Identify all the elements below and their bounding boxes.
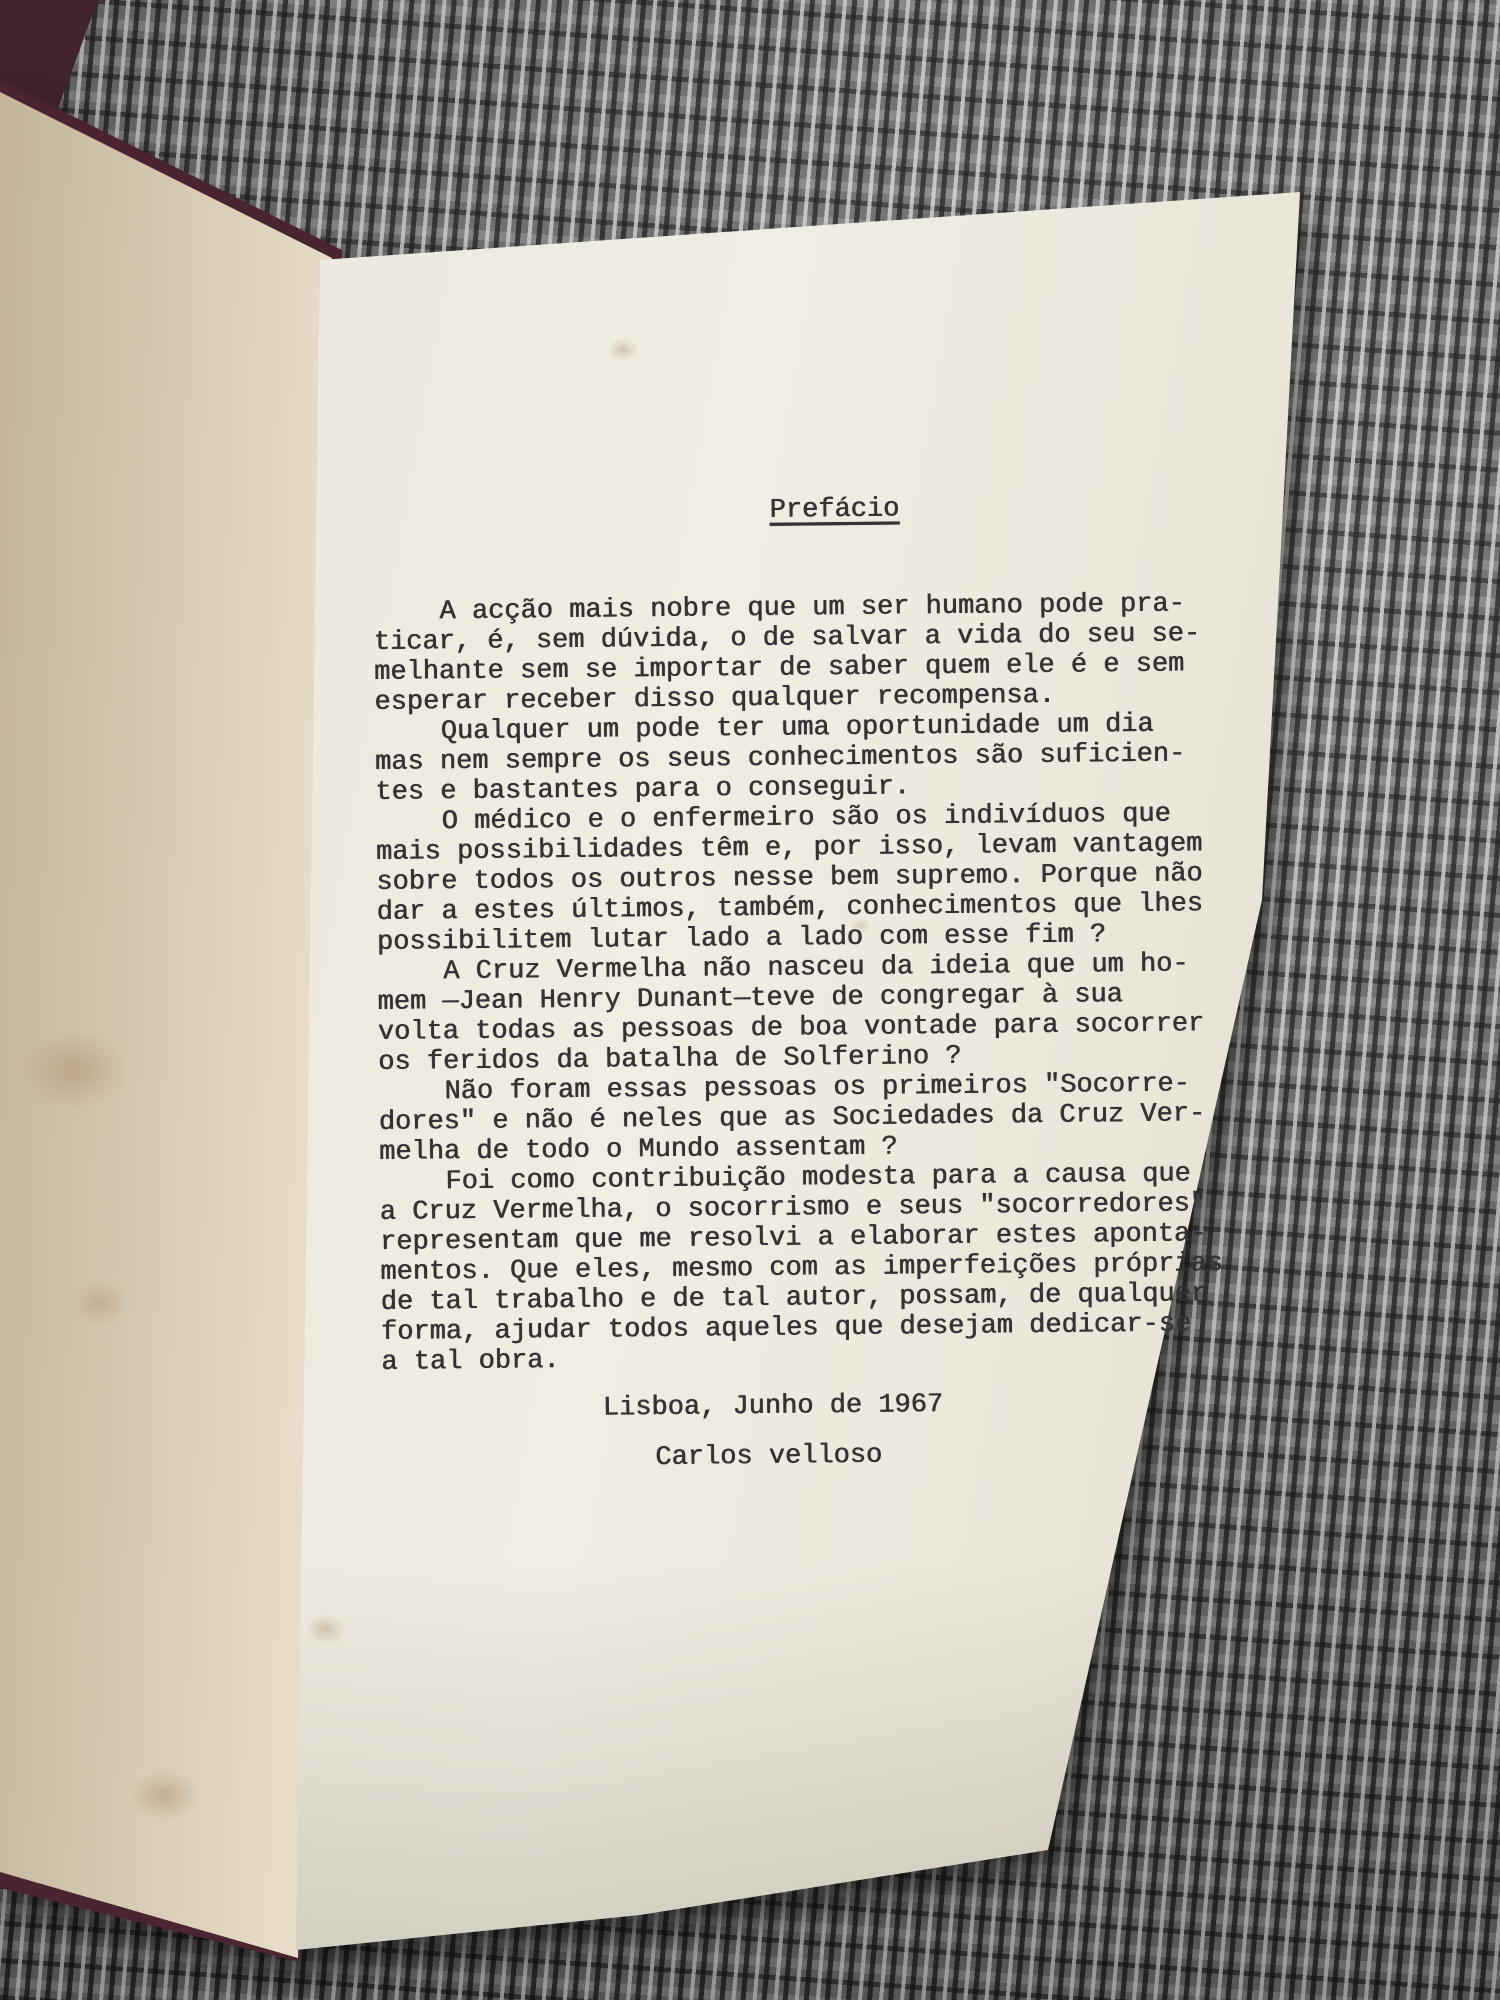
paragraph: A acção mais nobre que um ser humano pod…: [373, 589, 1254, 718]
preface-title: Prefácio: [672, 461, 1252, 503]
stain: [130, 1770, 200, 1820]
paragraph: O médico e o enfermeiro são os indivíduo…: [376, 799, 1258, 958]
stain: [306, 1614, 346, 1644]
signature-line: Carlos velloso: [655, 1437, 1262, 1473]
date-line: Lisboa, Junho de 1967: [603, 1387, 1262, 1424]
paragraph: Não foram essas pessoas os primeiros "So…: [378, 1069, 1259, 1168]
paragraph: A Cruz Vermelha não nasceu da ideia que …: [377, 949, 1258, 1078]
paragraph: Foi como contribuição modesta para a cau…: [379, 1159, 1261, 1378]
photo-frame: Prefácio A acção mais nobre que um ser h…: [0, 0, 1500, 2000]
paragraph: Qualquer um pode ter uma oportunidade um…: [375, 709, 1256, 808]
stain: [70, 1280, 130, 1326]
page-content: Prefácio A acção mais nobre que um ser h…: [372, 461, 1262, 1476]
preface-body: A acção mais nobre que um ser humano pod…: [373, 589, 1261, 1378]
stain: [20, 1030, 130, 1110]
stain: [608, 338, 638, 362]
